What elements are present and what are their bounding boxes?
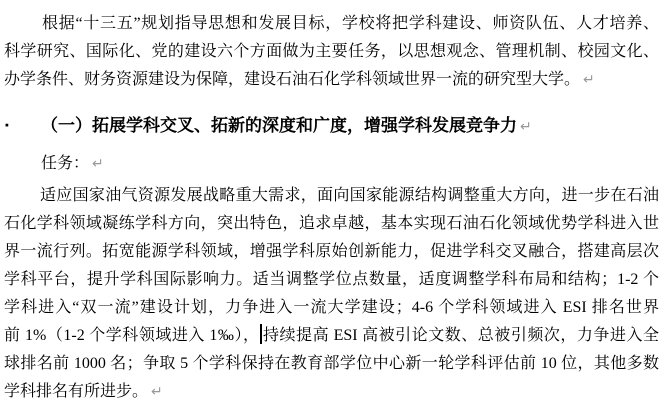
paragraph-line[interactable]: 科学研究、国际化、党的建设六个方面做为主要任务，以思想观念、管理机制、校园文化、 bbox=[4, 38, 659, 66]
paragraph-line-text[interactable]: 持续提高 ESI 高被引论文数、总被引频次，力争进入全 bbox=[263, 327, 659, 344]
paragraph-line[interactable]: 学科平台，提升学科国际影响力。适当调整学位点数量，适度调整学科布局和结构；1-2… bbox=[4, 266, 659, 294]
paragraph-line[interactable]: 学科进入“双一流”建设计划，力争进入一流大学建设；4-6 个学科领域进入 ESI… bbox=[4, 294, 659, 322]
document-page: 根据“十三五”规划指导思想和发展目标，学校将把学科建设、师资队伍、人才培养、 科… bbox=[0, 0, 663, 420]
paragraph-line[interactable]: 适应国家油气资源发展战略重大需求，面向国家能源结构调整重大方向，进一步在石油 bbox=[4, 182, 659, 210]
paragraph-mark-icon: ↵ bbox=[583, 72, 595, 88]
list-bullet-icon: ▪ bbox=[5, 121, 9, 132]
paragraph-line-text[interactable]: 办学条件、财务资源建设为保障，建设石油石化学科领域世界一流的研究型大学。 bbox=[4, 71, 580, 88]
section-heading-text[interactable]: （一）拓展学科交叉、拓新的深度和广度，增强学科发展竞争力 bbox=[41, 116, 517, 135]
paragraph-line[interactable]: 办学条件、财务资源建设为保障，建设石油石化学科领域世界一流的研究型大学。↵ bbox=[4, 66, 659, 94]
paragraph-mark-icon: ↵ bbox=[151, 384, 163, 400]
paragraph-tasks: 适应国家油气资源发展战略重大需求，面向国家能源结构调整重大方向，进一步在石油 石… bbox=[4, 182, 659, 406]
paragraph-line-with-cursor[interactable]: 前 1%（1-2 个学科领域进入 1‰），持续提高 ESI 高被引论文数、总被引… bbox=[4, 322, 659, 350]
paragraph-line[interactable]: 石化学科领域凝练学科方向，突出特色，追求卓越，基本实现石油石化领域优势学科进入世 bbox=[4, 210, 659, 238]
text-cursor bbox=[260, 324, 262, 344]
paragraph-mark-icon: ↵ bbox=[92, 156, 104, 172]
paragraph-line[interactable]: 球排名前 1000 名；争取 5 个学科保持在教育部学位中心新一轮学科评估前 1… bbox=[4, 350, 659, 378]
task-label-line[interactable]: 任务：↵ bbox=[4, 150, 659, 178]
paragraph-intro: 根据“十三五”规划指导思想和发展目标，学校将把学科建设、师资队伍、人才培养、 科… bbox=[4, 10, 659, 94]
paragraph-mark-icon: ↵ bbox=[520, 119, 532, 135]
task-label[interactable]: 任务： bbox=[41, 155, 89, 172]
section-heading[interactable]: ▪ （一）拓展学科交叉、拓新的深度和广度，增强学科发展竞争力↵ bbox=[4, 112, 659, 140]
paragraph-line[interactable]: 界一流行列。拓宽能源学科领域，增强学科原始创新能力，促进学科交叉融合，搭建高层次 bbox=[4, 238, 659, 266]
paragraph-line[interactable]: 学科排名有所进步。↵ bbox=[4, 378, 659, 406]
paragraph-line-text[interactable]: 前 1%（1-2 个学科领域进入 1‰）， bbox=[4, 327, 260, 344]
paragraph-line[interactable]: 根据“十三五”规划指导思想和发展目标，学校将把学科建设、师资队伍、人才培养、 bbox=[4, 10, 659, 38]
paragraph-line-text[interactable]: 学科排名有所进步。 bbox=[4, 383, 148, 400]
